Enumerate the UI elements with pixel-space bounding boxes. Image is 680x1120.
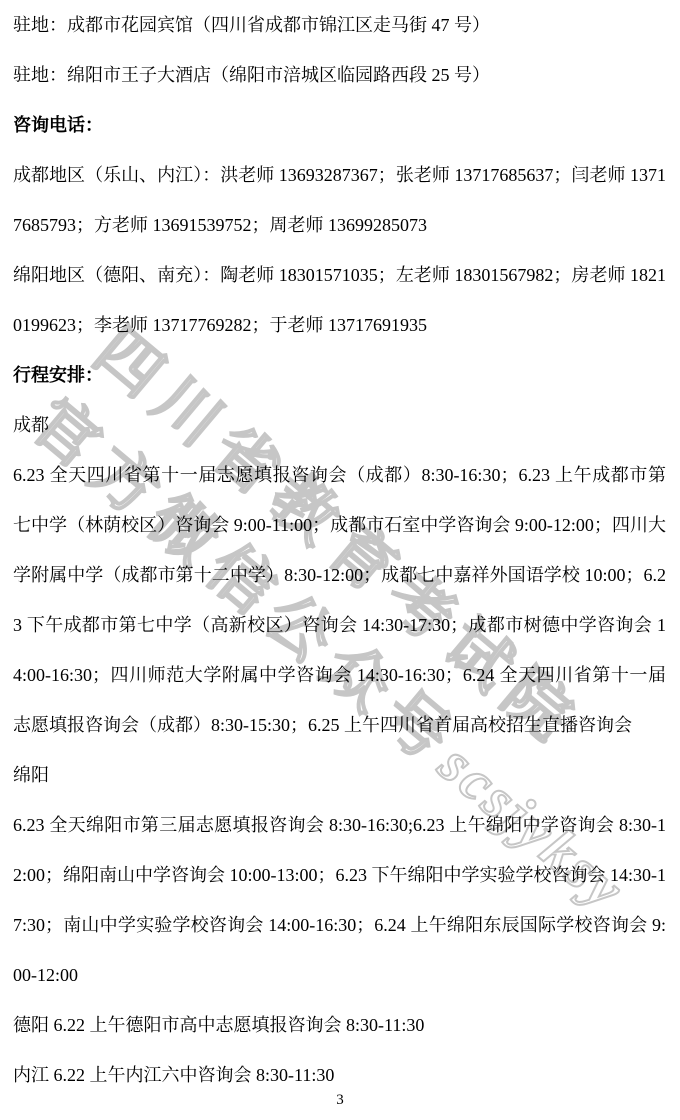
paragraph: 咨询电话：: [13, 100, 666, 150]
paragraph: 成都: [13, 400, 666, 450]
paragraph: 6.23 全天绵阳市第三届志愿填报咨询会 8:30-16:30;6.23 上午绵…: [13, 800, 666, 1000]
paragraph: 6.23 全天四川省第十一届志愿填报咨询会（成都）8:30-16:30；6.23…: [13, 450, 666, 750]
document-body: 驻地：成都市花园宾馆（四川省成都市锦江区走马街 47 号）驻地：绵阳市王子大酒店…: [13, 0, 666, 1100]
paragraph: 驻地：绵阳市王子大酒店（绵阳市涪城区临园路西段 25 号）: [13, 50, 666, 100]
paragraph: 德阳 6.22 上午德阳市高中志愿填报咨询会 8:30-11:30: [13, 1000, 666, 1050]
paragraph: 成都地区（乐山、内江）：洪老师 13693287367；张老师 13717685…: [13, 150, 666, 250]
paragraph: 驻地：成都市花园宾馆（四川省成都市锦江区走马街 47 号）: [13, 0, 666, 50]
paragraph: 绵阳地区（德阳、南充）：陶老师 18301571035；左老师 18301567…: [13, 250, 666, 350]
document-page: 四川省教育考试院 官方微信公众号scsjyksy 驻地：成都市花园宾馆（四川省成…: [0, 0, 680, 1120]
paragraph: 行程安排：: [13, 350, 666, 400]
page-number: 3: [0, 1090, 680, 1110]
paragraph: 绵阳: [13, 750, 666, 800]
